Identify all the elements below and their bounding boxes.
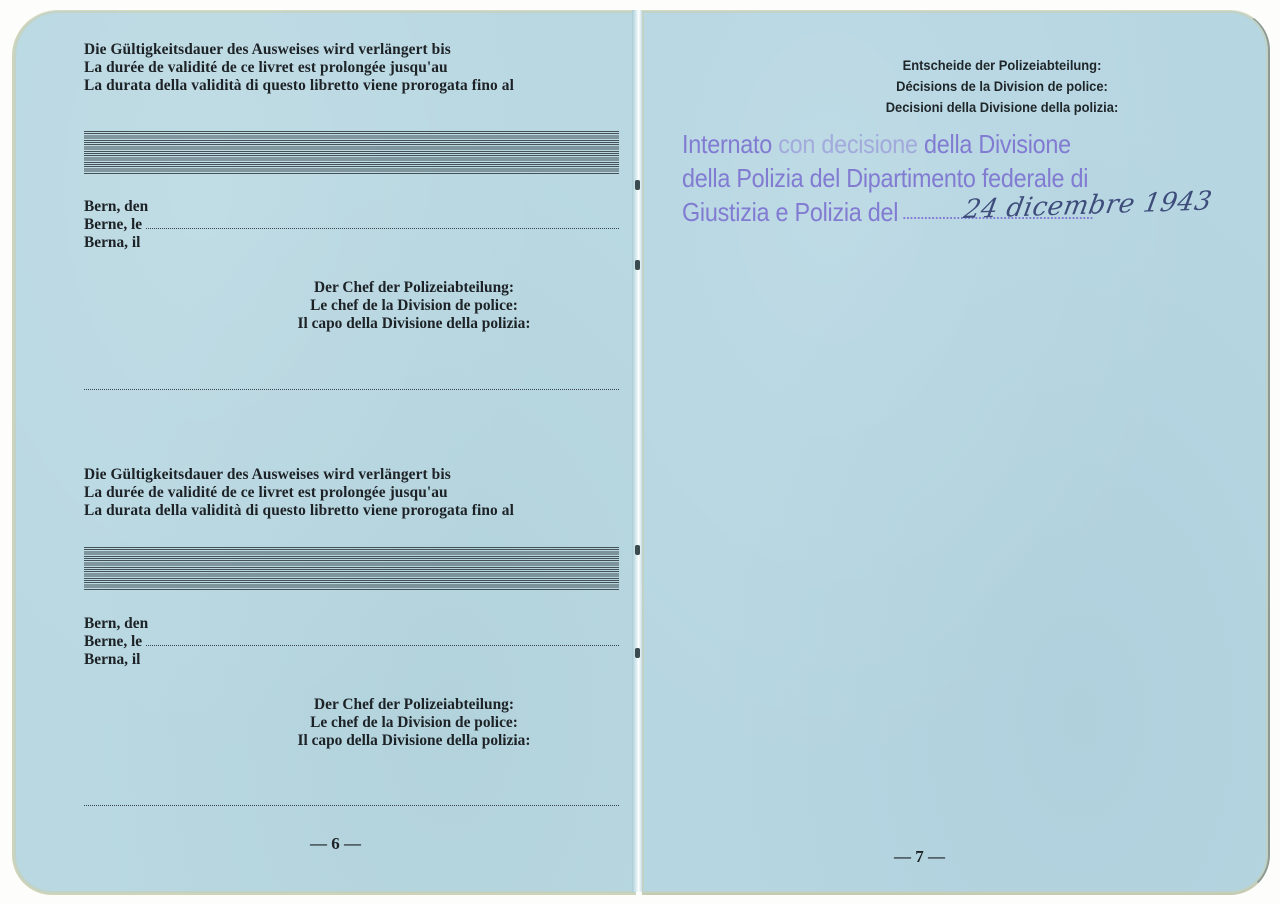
staple-upper (635, 260, 640, 270)
signatory-fr: Le chef de la Division de police: (264, 297, 564, 315)
decisions-heading: Entscheide der Polizeiabteilung: Décisio… (803, 55, 1202, 118)
place-date-2: Bern, den Berne, le Berna, il (84, 615, 619, 669)
stamp-words-faint: con decisione (778, 129, 918, 159)
date-field-2[interactable] (146, 633, 619, 646)
extension-text-it: La durata della validità di questo libre… (84, 77, 514, 95)
signatory-title-1: Der Chef der Polizeiabteilung: Le chef d… (264, 279, 564, 333)
stamp-words-divisione: della Divisione (924, 129, 1071, 159)
stamp-word-internato: Internato (682, 129, 772, 159)
extension-text-1: Die Gültigkeitsdauer des Ausweises wird … (84, 41, 514, 95)
left-page: Die Gültigkeitsdauer des Ausweises wird … (12, 10, 636, 895)
stamp-line-2: della Polizia del Dipartimento federale … (682, 161, 1093, 195)
booklet-spread: Die Gültigkeitsdauer des Ausweises wird … (12, 10, 1268, 894)
stamp-line-3-text: Giustizia e Polizia del (682, 197, 898, 227)
place-it: Berna, il (84, 234, 140, 252)
place-fr: Berne, le (84, 216, 142, 234)
staple-top (635, 180, 640, 190)
page-number-6: — 6 — (310, 834, 361, 854)
place-it: Berna, il (84, 651, 140, 669)
place-fr: Berne, le (84, 633, 142, 651)
signatory-de: Der Chef der Polizeiabteilung: (264, 696, 564, 714)
validity-cancel-hatch-2 (84, 547, 619, 591)
place-date-1: Bern, den Berne, le Berna, il (84, 198, 619, 252)
extension-text-de: Die Gültigkeitsdauer des Ausweises wird … (84, 466, 514, 484)
extension-text-fr: La durée de validité de ce livret est pr… (84, 484, 514, 502)
signature-line-2[interactable] (84, 805, 619, 806)
signatory-title-2: Der Chef der Polizeiabteilung: Le chef d… (264, 696, 564, 750)
validity-cancel-hatch-1 (84, 131, 619, 175)
extension-text-de: Die Gültigkeitsdauer des Ausweises wird … (84, 41, 514, 59)
signatory-fr: Le chef de la Division de police: (264, 714, 564, 732)
extension-text-2: Die Gültigkeitsdauer des Ausweises wird … (84, 466, 514, 520)
staple-lower (635, 545, 640, 555)
signature-line-1[interactable] (84, 389, 619, 390)
stamp-line-1: Internato con decisione della Divisione (682, 127, 1093, 161)
decisions-heading-de: Entscheide der Polizeiabteilung: (803, 55, 1202, 76)
place-de: Bern, den (84, 198, 148, 216)
signatory-it: Il capo della Divisione della polizia: (264, 315, 564, 333)
staple-bottom (635, 648, 640, 658)
decisions-heading-it: Decisioni della Divisione della polizia: (803, 97, 1202, 118)
place-de: Bern, den (84, 615, 148, 633)
page-number-7: — 7 — (894, 847, 945, 867)
signatory-de: Der Chef der Polizeiabteilung: (264, 279, 564, 297)
right-page: Entscheide der Polizeiabteilung: Décisio… (642, 10, 1270, 895)
extension-text-it: La durata della validità di questo libre… (84, 502, 514, 520)
signatory-it: Il capo della Divisione della polizia: (264, 732, 564, 750)
decisions-heading-fr: Décisions de la Division de police: (803, 76, 1202, 97)
date-field-1[interactable] (146, 216, 619, 229)
extension-text-fr: La durée de validité de ce livret est pr… (84, 59, 514, 77)
